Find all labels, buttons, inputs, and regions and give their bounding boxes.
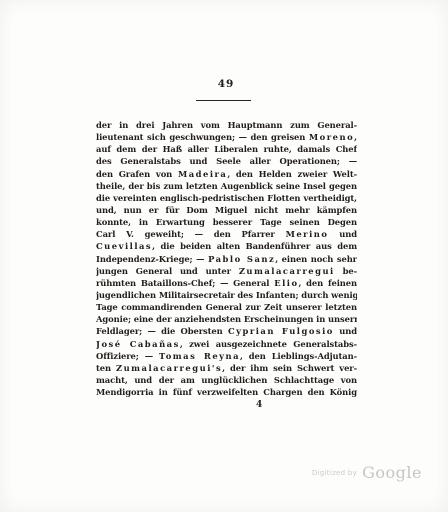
spaced-proper-name: Madeira: [178, 169, 227, 179]
text-run: und: [328, 229, 357, 239]
text-run: , einen noch sehr: [275, 254, 357, 264]
text-line: rühmten Bataillons-Chef; — General Elio,…: [96, 277, 357, 289]
text-line: jugendlichen Militairsecretair des Infan…: [96, 289, 357, 301]
text-line: José Cabañas, zwei ausgezeichnete Genera…: [96, 338, 357, 350]
spaced-proper-name: Zumalacarregui: [239, 266, 335, 276]
text-line: lieutenant sich geschwungen; — den greis…: [96, 131, 357, 143]
text-line: der in drei Jahren vom Hauptmann zum Gen…: [96, 119, 357, 131]
text-run: den Grafen von: [96, 169, 178, 179]
spaced-proper-name: Tomas Reyna: [159, 351, 240, 361]
text-line: Cuevillas, die beiden alten Bandenführer…: [96, 240, 357, 252]
spaced-proper-name: Elio: [274, 278, 298, 288]
text-run: , den Lieblings-Adjutan-: [240, 351, 357, 361]
text-run: Independenz-Kriege; —: [96, 254, 208, 264]
text-line: Feldlager; — die Obersten Cyprian Fulgos…: [96, 325, 357, 337]
text-run: des Generalstabs und Seele aller Operati…: [96, 156, 357, 166]
text-run: die vereinten englisch-pedristischen Flo…: [96, 193, 357, 203]
spaced-proper-name: Zumalacarregui's: [116, 363, 222, 373]
text-run: , den Helden zweier Welt-: [227, 169, 357, 179]
text-line: die vereinten englisch-pedristischen Flo…: [96, 192, 357, 204]
text-line: Tage commandirenden General zur Zeit uns…: [96, 301, 357, 313]
text-line: macht, und der am unglücklichen Schlacht…: [96, 374, 357, 386]
text-run: auf dem der Haß aller Liberalen ruhte, d…: [96, 144, 357, 154]
text-run: be-: [335, 266, 357, 276]
text-run: der in drei Jahren vom Hauptmann zum Gen…: [96, 120, 357, 130]
text-line: und, nun er für Dom Miguel nicht mehr kä…: [96, 204, 357, 216]
text-block: der in drei Jahren vom Hauptmann zum Gen…: [96, 119, 357, 398]
text-run: ten: [96, 363, 116, 373]
watermark-prefix: Digitized by: [312, 469, 357, 477]
text-run: Agonie; eine der anziehendsten Erscheinu…: [96, 314, 357, 324]
text-run: und: [334, 326, 357, 336]
text-run: Feldlager; — die Obersten: [96, 326, 228, 336]
spaced-proper-name: Merino: [286, 229, 329, 239]
text-run: lieutenant sich geschwungen; — den greis…: [96, 132, 309, 142]
text-line: Agonie; eine der anziehendsten Erscheinu…: [96, 313, 357, 325]
text-run: Mendigorria in fünf verzweifelten Charge…: [96, 387, 357, 397]
text-run: , zwei ausgezeichnete Generalstabs-: [180, 339, 357, 349]
google-logo: Google: [362, 463, 422, 482]
text-run: , die beiden alten Bandenführer aus dem: [152, 241, 357, 251]
text-line: theile, der bis zum letzten Augenblick s…: [96, 180, 357, 192]
book-page: 49 der in drei Jahren vom Hauptmann zum …: [0, 0, 448, 512]
text-line: Independenz-Kriege; — Pablo Sanz, einen …: [96, 253, 357, 265]
text-line: konnte, in Erwartung besserer Tage seine…: [96, 216, 357, 228]
text-line: des Generalstabs und Seele aller Operati…: [96, 155, 357, 167]
text-run: jungen General und unter: [96, 266, 239, 276]
text-line: den Grafen von Madeira, den Helden zweie…: [96, 168, 357, 180]
text-run: theile, der bis zum letzten Augenblick s…: [96, 181, 357, 191]
spaced-proper-name: Pablo Sanz: [208, 254, 275, 264]
text-run: , der ihm sein Schwert ver-: [222, 363, 357, 373]
signature-mark: 4: [256, 400, 262, 410]
text-line: Carl V. geweiht; — den Pfarrer Merino un…: [96, 228, 357, 240]
text-run: und, nun er für Dom Miguel nicht mehr kä…: [96, 205, 357, 215]
text-run: ,: [354, 132, 357, 142]
text-line: jungen General und unter Zumalacarregui …: [96, 265, 357, 277]
text-run: Offiziere; —: [96, 351, 159, 361]
text-run: jugendlichen Militairsecretair des Infan…: [96, 290, 357, 300]
spaced-proper-name: Cuevillas: [96, 241, 152, 251]
text-run: Tage commandirenden General zur Zeit uns…: [96, 302, 357, 312]
spaced-proper-name: Moreno: [309, 132, 354, 142]
text-run: , den feinen: [299, 278, 357, 288]
page-number: 49: [96, 78, 356, 90]
text-line: auf dem der Haß aller Liberalen ruhte, d…: [96, 143, 357, 155]
watermark: Digitized byGoogle: [312, 463, 422, 482]
spaced-proper-name: José Cabañas: [96, 339, 180, 349]
text-run: konnte, in Erwartung besserer Tage seine…: [96, 217, 357, 227]
text-line: Offiziere; — Tomas Reyna, den Lieblings-…: [96, 350, 357, 362]
text-line: ten Zumalacarregui's, der ihm sein Schwe…: [96, 362, 357, 374]
text-line: Mendigorria in fünf verzweifelten Charge…: [96, 386, 357, 398]
spaced-proper-name: Cyprian Fulgosio: [228, 326, 334, 336]
text-run: macht, und der am unglücklichen Schlacht…: [96, 375, 357, 385]
header-rule: [196, 100, 251, 101]
text-run: rühmten Bataillons-Chef; — General: [96, 278, 274, 288]
text-run: Carl V. geweiht; — den Pfarrer: [96, 229, 286, 239]
